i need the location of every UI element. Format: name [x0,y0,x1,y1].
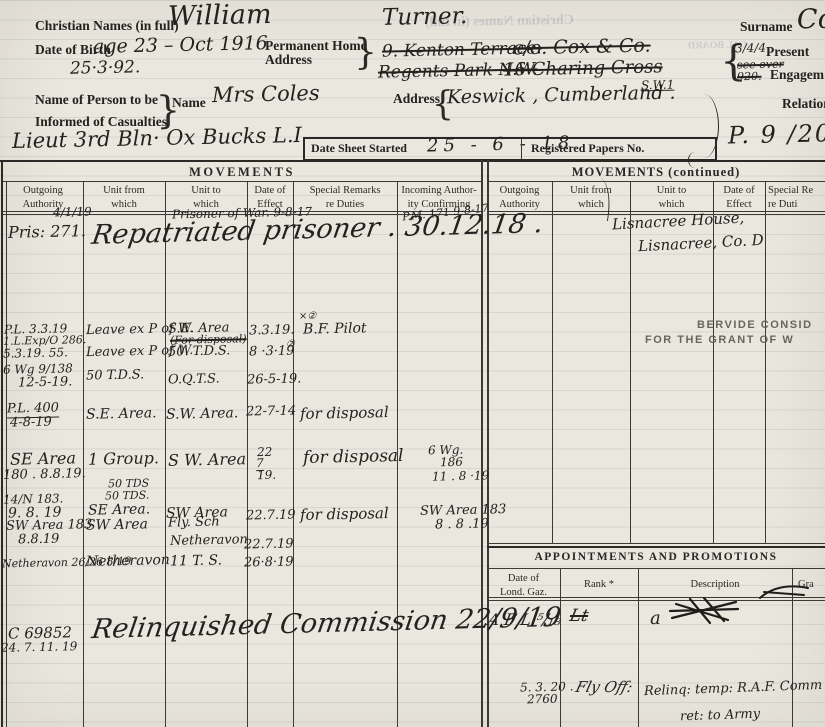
mov-entry: 12-5-19. [18,374,73,390]
header-line: Date of [723,185,754,196]
grid-line [487,543,825,544]
header-line: Authority [499,199,540,210]
next-of-kin-address-note: S.W.1 [641,78,675,93]
mov-entry: B.F. Pilot [303,320,367,337]
christian-names-label: Christian Names (in full) [35,18,179,34]
registered-papers-label: Registered Papers No. [531,141,644,156]
mov-entry: Netheravon [170,532,248,549]
column-header-rank: Rank * [560,578,638,592]
home-address-label-line2: Address [265,52,312,68]
grid-line [3,181,481,182]
date-of-birth-date: 25·3·92. [70,57,141,78]
mov-entry: 22.7.19 [246,507,296,523]
mov-entry: 50. T.D.S. [168,343,231,359]
grid-line [630,181,631,543]
mov-entry: O.Q.T.S. [168,371,220,387]
header-line: re Duti [768,199,797,210]
mov-entry: 50 T.D.S. [86,367,145,383]
present-note: 3/4/4 [735,41,766,56]
header-line: Unit to [191,185,220,196]
cont-address-line1: Lisnacree House, [612,209,745,234]
mov-entry: 11 . 8 ·19 [432,468,490,483]
grid-line [560,568,561,727]
grid-line [552,181,553,543]
grid-line [487,546,825,548]
header-line: Unit to [657,185,686,196]
note-920: 920. [737,70,762,84]
appt-entry: 2760 [527,692,558,707]
column-header-date: Date ofEffect [713,184,765,211]
grid-line [481,160,483,727]
grid-line [0,160,825,162]
grid-line [487,160,489,727]
name-label: Name [172,95,206,111]
mov-entry: 180 . 8.8.19. [3,466,86,483]
mov-entry: 3.3.19. [249,323,295,339]
engagement-label: Engagem [770,67,824,83]
mov-entry: 50 TDS. [105,489,150,503]
grid-line [638,568,639,727]
old-address-charing: 16 Charing Cross [503,56,663,80]
movements-continued-title: MOVEMENTS (continued) [487,165,825,180]
date-sheet-box: Date Sheet Started 25 - 6 - 18 Registere… [303,137,717,161]
appointments-title: APPOINTMENTS AND PROMOTIONS [487,551,825,563]
header-line: Special Remarks [310,185,381,196]
movements-title: MOVEMENTS [3,165,481,180]
middle-name-value: Turner. [382,3,468,31]
mov-entry: 11 T. S. [170,552,222,569]
mov-entry: 8.8.19 [18,532,60,548]
service-record-page: Christian Names (in full) CAL BOARD Chri… [0,0,825,727]
grid-line [765,181,766,543]
next-of-kin-name: Mrs Coles [212,81,320,107]
mov-entry: Netheravon [86,552,170,570]
column-header-unit-from: Unit fromwhich [83,184,165,211]
appt-entry: A F L ⁵/₁₈ [486,610,563,629]
mov-entry: for disposal [300,403,389,423]
casualties-label-line1: Name of Person to be [35,92,158,108]
mov-entry: S W. Area [168,449,246,470]
papers-reference: P. 9 /2017 [728,119,825,150]
mov-entry: 8 . 8 .19 [435,516,489,532]
mov-entry: 26-5-19. [247,371,302,387]
header-line: Rank * [584,579,614,590]
mov-entry: ② [286,339,295,350]
mov-entry: for disposal [300,504,389,524]
column-header-unit-to: Unit towhich [630,184,713,211]
ink-scribble [756,580,812,602]
header-line: Lond. Gaz. [500,587,547,598]
header-line: Special Re [768,185,813,196]
appt-entry: ret: to Army [680,707,761,725]
stamp-line2: FOR THE GRANT OF W [645,334,794,346]
mov-entry: Fly. Sch [168,514,220,530]
mov-entry: 22-7-14 [246,403,296,419]
first-name-value: William [168,0,272,32]
header-line: Incoming Author- [401,185,476,196]
column-header-remarks: Special Rere Duti [768,184,825,211]
grid-line [487,568,825,569]
header-line: Outgoing [23,185,63,196]
appt-entry: Relinq: temp: R.A.F. Comm [644,678,823,699]
appt-entry: Lt [568,606,590,626]
old-address-cox: c/o. Cox & Co. [513,35,651,60]
grid-line [247,181,248,727]
rank-and-unit: Lieut 3rd Bln· Ox Bucks L.I [12,123,302,153]
column-header-lond-gaz: Date ofLond. Gaz. [487,572,560,599]
header-line: Date of [508,573,539,584]
surname-label: Surname [740,19,793,35]
header-line: which [111,199,137,210]
mov-entry: 186 [440,455,463,469]
mov-entry: Pris: 271. [8,221,86,242]
ink-scribble [666,596,750,626]
date-sheet-label: Date Sheet Started [311,141,407,156]
mov-entry: for disposal [303,446,404,468]
grid-line [83,181,84,727]
mov-entry: 26·8·19 [244,554,294,570]
header-line: which [659,199,685,210]
header-line: Unit from [103,185,145,196]
cont-address-line2: Lisnacree, Co. D [638,231,765,256]
brace-glyph: } [354,32,378,73]
mov-entry: 4-8-19 [10,415,52,431]
date-of-birth-age: age 23 – Oct 1916 [93,32,268,58]
mov-entry: S.W. Area. [166,405,239,423]
appt-entry: a [650,608,661,629]
header-line: re Duties [326,199,364,210]
grid-line [165,181,166,727]
header-line: Description [691,579,740,590]
appt-entry: Fly Off: [574,678,635,696]
header-line: Date of [254,185,285,196]
box-divider-line [521,139,522,159]
relationship-label: Relationship [782,96,825,112]
grid-line [293,181,294,727]
mov-entry: 24. 7. 11. 19 [1,639,78,655]
column-header-outgoing: OutgoingAuthority [487,184,552,211]
surname-value: Co [797,4,825,36]
mov-entry: 22.7.19 [244,536,294,552]
grid-line [487,181,825,182]
mov-entry: 19. [257,468,276,482]
mov-entry: 4/1/19 [53,205,92,220]
mov-entry: S.E. Area. [86,405,157,422]
header-line: Outgoing [500,185,540,196]
mov-entry: 5.3.19. 55. [3,345,68,360]
stamp-line1: BERVIDE CONSID [697,319,813,331]
mov-entry: 1 Group. [88,448,159,468]
mov-entry: SW Area [86,516,148,533]
